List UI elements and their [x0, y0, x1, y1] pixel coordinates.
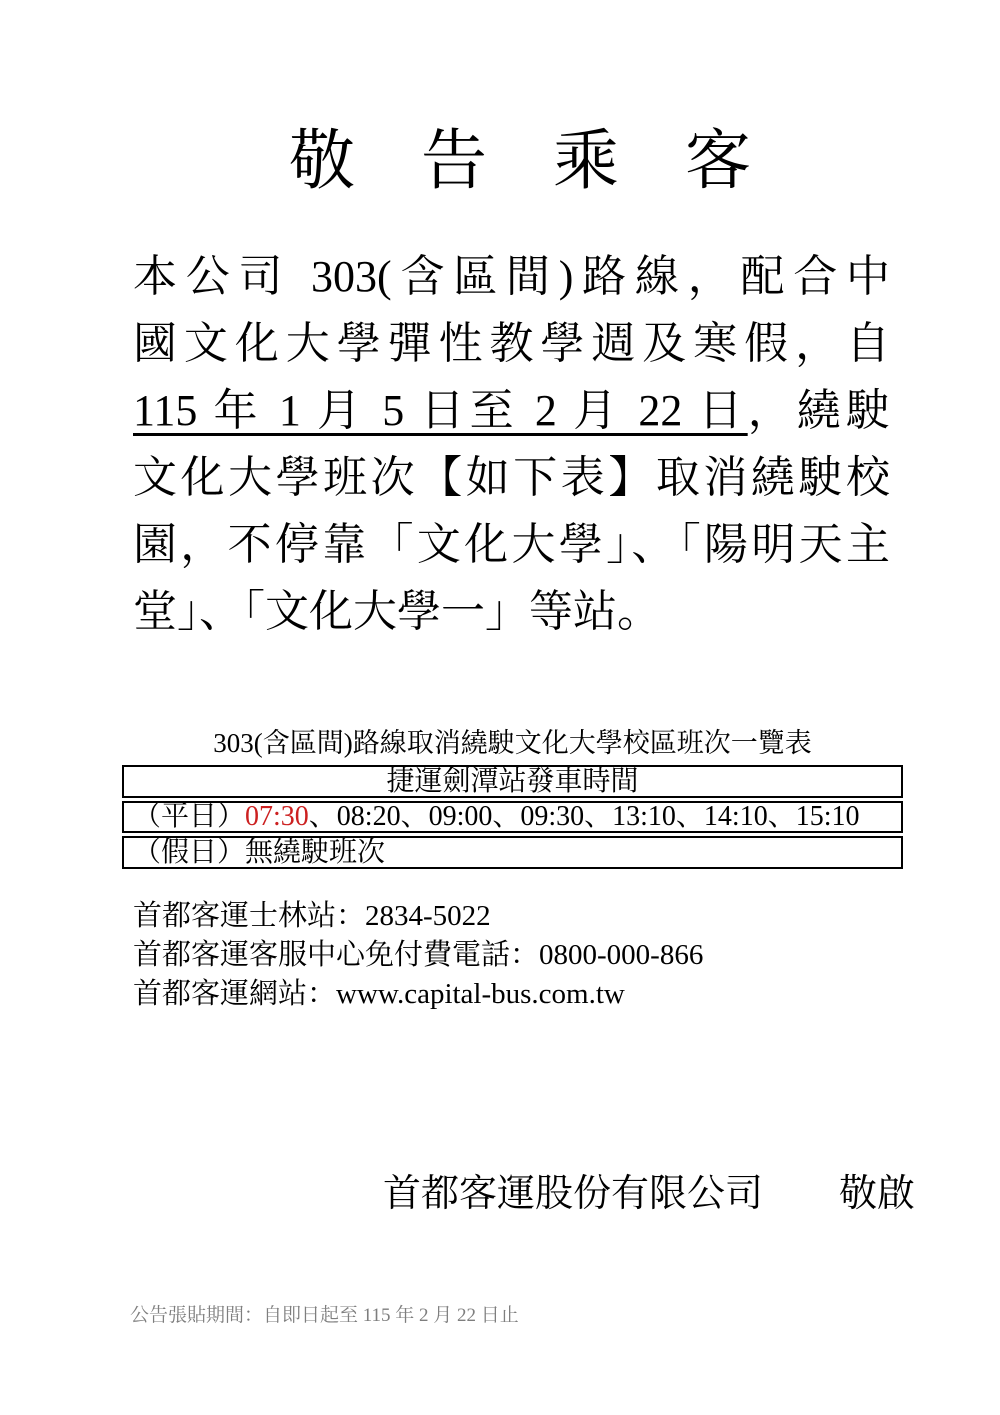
body-line-3: 115 年 1 月 5 日至 2 月 22 日，繞駛: [133, 377, 890, 444]
passenger-notice-page: 敬 告 乘 客 本公司 303(含區間)路線，配合中 國文化大學彈性教學週及寒假…: [0, 0, 1000, 1415]
body-line-6: 堂」、「文化大學一」等站。: [133, 578, 890, 645]
page-title: 敬 告 乘 客: [0, 122, 1000, 202]
contact-shilin-station: 首都客運士林站：2834-5022: [133, 897, 703, 936]
weekday-label: （平日）: [133, 801, 245, 832]
contact-website: 首都客運網站：www.capital-bus.com.tw: [133, 975, 703, 1014]
body-line-3-rest: ，繞駛: [748, 386, 890, 435]
schedule-table: 捷運劍潭站發車時間 （平日）07:30、08:20、09:00、09:30、13…: [122, 765, 903, 869]
weekday-first-time-highlight: 07:30: [245, 801, 309, 832]
contact-info: 首都客運士林站：2834-5022 首都客運客服中心免付費電話：0800-000…: [133, 897, 703, 1014]
body-line-2: 國文化大學彈性教學週及寒假，自: [133, 310, 890, 377]
weekday-other-times: 、08:20、09:00、09:30、13:10、14:10、15:10: [309, 801, 860, 832]
underlined-date-range: 115 年 1 月 5 日至 2 月 22 日: [133, 386, 748, 435]
body-line-4: 文化大學班次【如下表】取消繞駛校: [133, 444, 890, 511]
company-signature: 首都客運股份有限公司 敬啟: [383, 1170, 915, 1218]
notice-body: 本公司 303(含區間)路線，配合中 國文化大學彈性教學週及寒假，自 115 年…: [133, 243, 890, 645]
body-line-1: 本公司 303(含區間)路線，配合中: [133, 243, 890, 310]
contact-toll-free-phone: 首都客運客服中心免付費電話：0800-000-866: [133, 936, 703, 975]
body-line-5: 園，不停靠「文化大學」、「陽明天主: [133, 511, 890, 578]
table-header-departure-station: 捷運劍潭站發車時間: [122, 765, 903, 798]
table-row-holiday: （假日）無繞駛班次: [122, 836, 903, 869]
schedule-table-caption: 303(含區間)路線取消繞駛文化大學校區班次一覽表: [122, 726, 903, 760]
table-row-weekday: （平日）07:30、08:20、09:00、09:30、13:10、14:10、…: [122, 801, 903, 833]
posting-period-note: 公告張貼期間：自即日起至 115 年 2 月 22 日止: [130, 1303, 519, 1329]
